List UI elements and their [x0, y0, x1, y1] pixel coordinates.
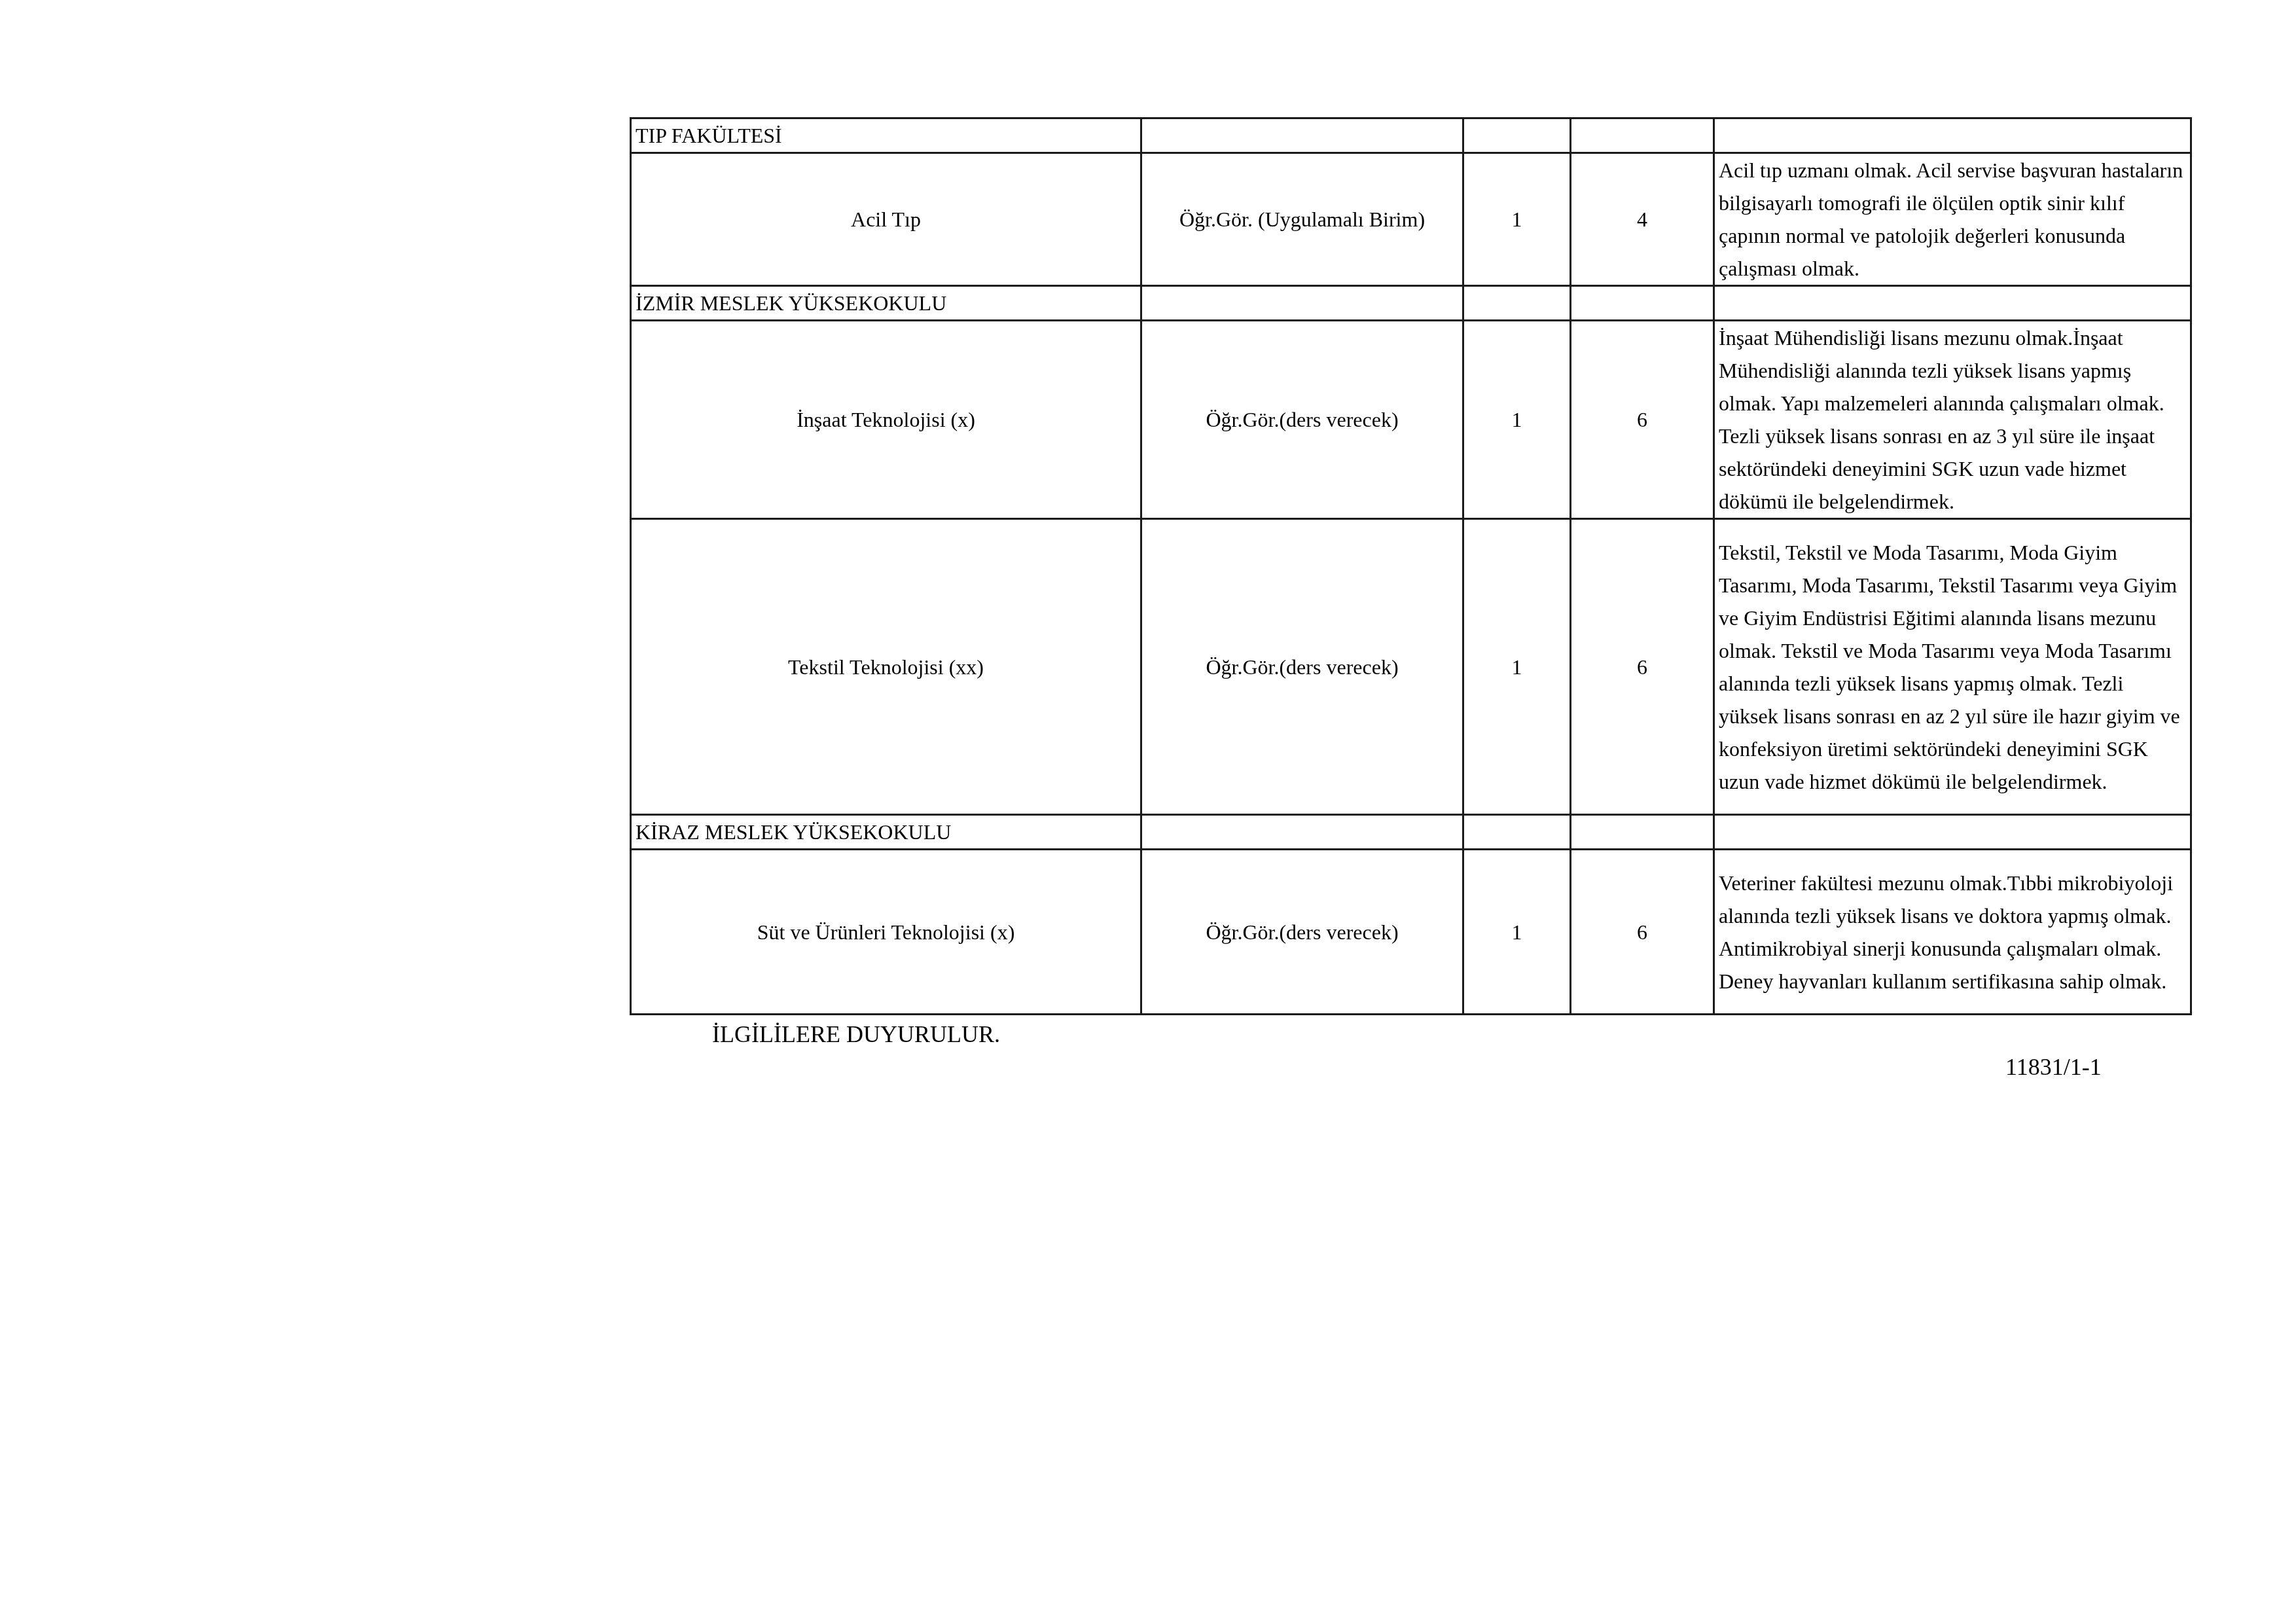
section-name: TIP FAKÜLTESİ — [631, 118, 1141, 153]
requirements-cell: Veteriner fakültesi mezunu olmak.Tıbbi m… — [1714, 850, 2191, 1015]
positions-table: TIP FAKÜLTESİ Acil Tıp Öğr.Gör. (Uygulam… — [630, 117, 2192, 1015]
table-row: Tekstil Teknolojisi (xx) Öğr.Gör.(ders v… — [631, 519, 2191, 815]
table-row: Acil Tıp Öğr.Gör. (Uygulamalı Birim) 1 4… — [631, 153, 2191, 286]
degree-cell: 6 — [1571, 519, 1714, 815]
empty-cell — [1463, 118, 1571, 153]
count-cell: 1 — [1463, 321, 1571, 519]
department-cell: Acil Tıp — [631, 153, 1141, 286]
section-header-row: TIP FAKÜLTESİ — [631, 118, 2191, 153]
empty-cell — [1141, 815, 1463, 850]
empty-cell — [1714, 286, 2191, 321]
empty-cell — [1571, 118, 1714, 153]
empty-cell — [1571, 815, 1714, 850]
requirements-cell: Tekstil, Tekstil ve Moda Tasarımı, Moda … — [1714, 519, 2191, 815]
count-cell: 1 — [1463, 850, 1571, 1015]
title-cell: Öğr.Gör.(ders verecek) — [1141, 850, 1463, 1015]
title-cell: Öğr.Gör.(ders verecek) — [1141, 321, 1463, 519]
section-header-row: İZMİR MESLEK YÜKSEKOKULU — [631, 286, 2191, 321]
table-row: Süt ve Ürünleri Teknolojisi (x) Öğr.Gör.… — [631, 850, 2191, 1015]
department-cell: Tekstil Teknolojisi (xx) — [631, 519, 1141, 815]
degree-cell: 6 — [1571, 850, 1714, 1015]
empty-cell — [1463, 286, 1571, 321]
department-cell: İnşaat Teknolojisi (x) — [631, 321, 1141, 519]
empty-cell — [1463, 815, 1571, 850]
section-name: KİRAZ MESLEK YÜKSEKOKULU — [631, 815, 1141, 850]
announcement-text: İLGİLİLERE DUYURULUR. — [712, 1019, 1000, 1050]
degree-cell: 4 — [1571, 153, 1714, 286]
title-cell: Öğr.Gör. (Uygulamalı Birim) — [1141, 153, 1463, 286]
requirements-cell: İnşaat Mühendisliği lisans mezunu olmak.… — [1714, 321, 2191, 519]
degree-cell: 6 — [1571, 321, 1714, 519]
count-cell: 1 — [1463, 153, 1571, 286]
table-row: İnşaat Teknolojisi (x) Öğr.Gör.(ders ver… — [631, 321, 2191, 519]
reference-number: 11831/1-1 — [2005, 1051, 2102, 1083]
section-name: İZMİR MESLEK YÜKSEKOKULU — [631, 286, 1141, 321]
section-header-row: KİRAZ MESLEK YÜKSEKOKULU — [631, 815, 2191, 850]
requirements-cell: Acil tıp uzmanı olmak. Acil servise başv… — [1714, 153, 2191, 286]
empty-cell — [1714, 118, 2191, 153]
title-cell: Öğr.Gör.(ders verecek) — [1141, 519, 1463, 815]
count-cell: 1 — [1463, 519, 1571, 815]
empty-cell — [1141, 118, 1463, 153]
empty-cell — [1571, 286, 1714, 321]
department-cell: Süt ve Ürünleri Teknolojisi (x) — [631, 850, 1141, 1015]
empty-cell — [1714, 815, 2191, 850]
empty-cell — [1141, 286, 1463, 321]
